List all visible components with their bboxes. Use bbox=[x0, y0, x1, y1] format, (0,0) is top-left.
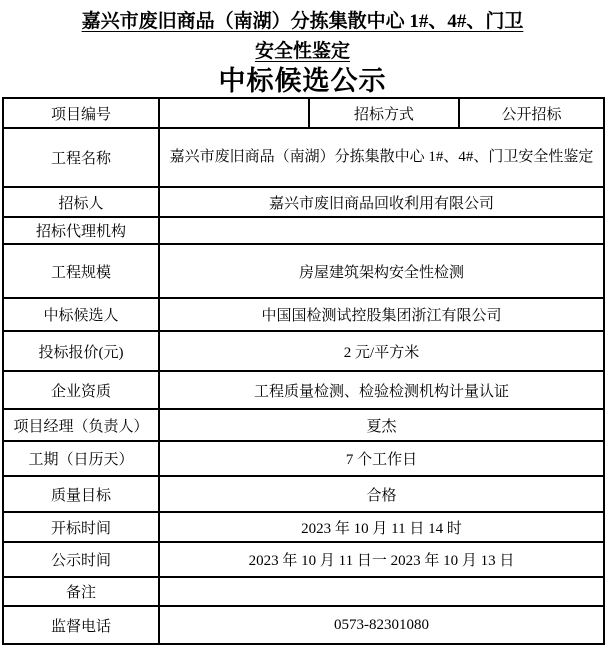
table-row-quality-target: 质量目标 合格 bbox=[3, 476, 604, 512]
table-row-bid-opening-time: 开标时间 2023 年 10 月 11 日 14 时 bbox=[3, 512, 604, 542]
project-name-value: 嘉兴市废旧商品（南湖）分拣集散中心 1#、4#、门卫安全性鉴定 bbox=[159, 128, 604, 187]
publicity-period-value: 2023 年 10 月 11 日一 2023 年 10 月 13 日 bbox=[159, 542, 604, 577]
table-row-bid-price: 投标报价(元) 2 元/平方米 bbox=[3, 331, 604, 371]
project-number-label: 项目编号 bbox=[3, 98, 159, 128]
tenderer-value: 嘉兴市废旧商品回收利用有限公司 bbox=[159, 187, 604, 217]
duration-value: 7 个工作日 bbox=[159, 441, 604, 476]
bidding-agency-label: 招标代理机构 bbox=[3, 217, 159, 244]
table-row-project-name: 工程名称 嘉兴市废旧商品（南湖）分拣集散中心 1#、4#、门卫安全性鉴定 bbox=[3, 128, 604, 187]
table-row-project-manager: 项目经理（负责人） 夏杰 bbox=[3, 409, 604, 441]
project-scale-value: 房屋建筑架构安全性检测 bbox=[159, 244, 604, 298]
quality-target-value: 合格 bbox=[159, 476, 604, 512]
notice-document: 嘉兴市废旧商品（南湖）分拣集散中心 1#、4#、门卫 安全性鉴定 中标候选公示 … bbox=[0, 0, 605, 649]
table-row-tenderer: 招标人 嘉兴市废旧商品回收利用有限公司 bbox=[3, 187, 604, 217]
remarks-label: 备注 bbox=[3, 577, 159, 606]
project-number-value bbox=[159, 98, 309, 128]
notice-table: 项目编号 招标方式 公开招标 工程名称 嘉兴市废旧商品（南湖）分拣集散中心 1#… bbox=[2, 97, 605, 645]
document-header: 嘉兴市废旧商品（南湖）分拣集散中心 1#、4#、门卫 安全性鉴定 中标候选公示 bbox=[0, 0, 605, 97]
project-title-line1: 嘉兴市废旧商品（南湖）分拣集散中心 1#、4#、门卫 bbox=[0, 5, 605, 39]
bid-price-value: 2 元/平方米 bbox=[159, 331, 604, 371]
bidding-method-label: 招标方式 bbox=[309, 98, 459, 128]
enterprise-qualification-value: 工程质量检测、检验检测机构计量认证 bbox=[159, 371, 604, 409]
publicity-period-label: 公示时间 bbox=[3, 542, 159, 577]
project-title-line2: 安全性鉴定 bbox=[0, 39, 605, 65]
bid-price-label: 投标报价(元) bbox=[3, 331, 159, 371]
table-row-project-number: 项目编号 招标方式 公开招标 bbox=[3, 98, 604, 128]
notice-subtitle: 中标候选公示 bbox=[0, 65, 605, 97]
bidding-agency-value bbox=[159, 217, 604, 244]
supervision-phone-label: 监督电话 bbox=[3, 606, 159, 644]
project-manager-value: 夏杰 bbox=[159, 409, 604, 441]
winning-candidate-value: 中国国检测试控股集团浙江有限公司 bbox=[159, 298, 604, 331]
project-manager-label: 项目经理（负责人） bbox=[3, 409, 159, 441]
table-row-remarks: 备注 bbox=[3, 577, 604, 606]
table-row-bidding-agency: 招标代理机构 bbox=[3, 217, 604, 244]
project-name-label: 工程名称 bbox=[3, 128, 159, 187]
quality-target-label: 质量目标 bbox=[3, 476, 159, 512]
supervision-phone-value: 0573-82301080 bbox=[159, 606, 604, 644]
winning-candidate-label: 中标候选人 bbox=[3, 298, 159, 331]
table-row-supervision-phone: 监督电话 0573-82301080 bbox=[3, 606, 604, 644]
bid-opening-time-value: 2023 年 10 月 11 日 14 时 bbox=[159, 512, 604, 542]
remarks-value bbox=[159, 577, 604, 606]
table-row-enterprise-qualification: 企业资质 工程质量检测、检验检测机构计量认证 bbox=[3, 371, 604, 409]
duration-label: 工期（日历天） bbox=[3, 441, 159, 476]
enterprise-qualification-label: 企业资质 bbox=[3, 371, 159, 409]
bidding-method-value: 公开招标 bbox=[459, 98, 604, 128]
project-scale-label: 工程规模 bbox=[3, 244, 159, 298]
table-row-winning-candidate: 中标候选人 中国国检测试控股集团浙江有限公司 bbox=[3, 298, 604, 331]
table-row-project-scale: 工程规模 房屋建筑架构安全性检测 bbox=[3, 244, 604, 298]
tenderer-label: 招标人 bbox=[3, 187, 159, 217]
table-row-publicity-period: 公示时间 2023 年 10 月 11 日一 2023 年 10 月 13 日 bbox=[3, 542, 604, 577]
bid-opening-time-label: 开标时间 bbox=[3, 512, 159, 542]
table-row-duration: 工期（日历天） 7 个工作日 bbox=[3, 441, 604, 476]
